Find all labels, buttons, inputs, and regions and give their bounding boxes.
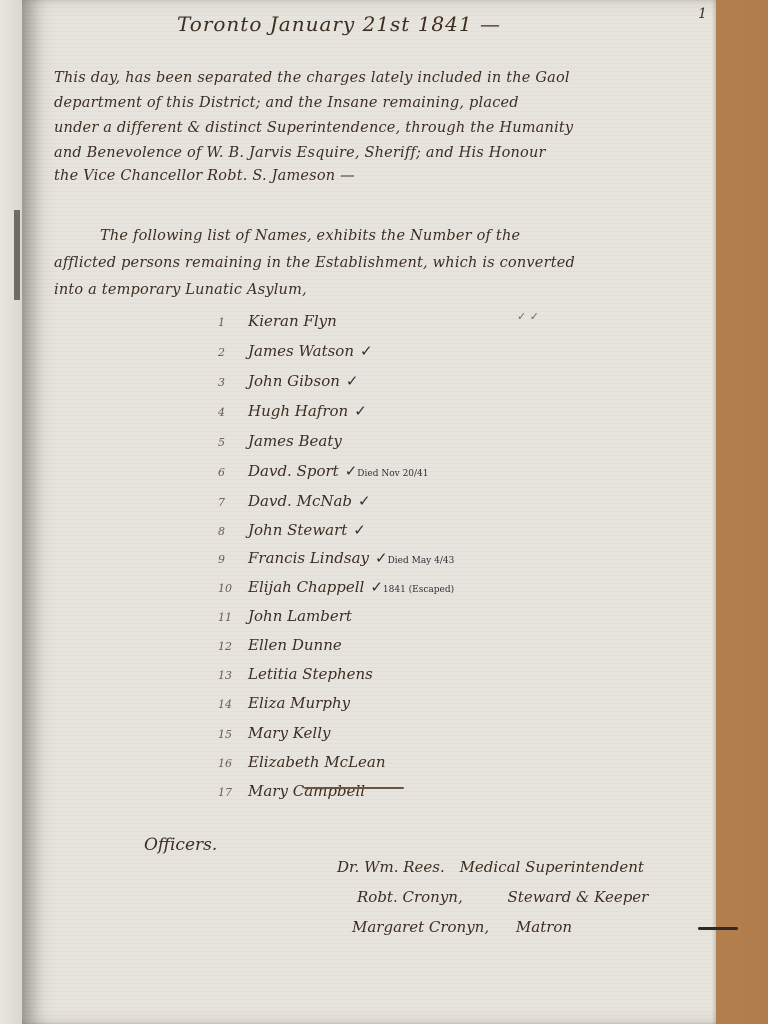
patient-name: James Beaty xyxy=(248,432,342,450)
officer-row: Robt. Cronyn, Steward & Keeper xyxy=(357,888,648,906)
patient-entry: 6Davd. Sport✓Died Nov 20/41 xyxy=(218,462,429,480)
officer-name: Dr. Wm. Rees. xyxy=(337,858,445,876)
check-mark-icon: ✓ xyxy=(346,372,359,390)
patient-entry: 5James Beaty xyxy=(218,432,348,450)
patient-number: 15 xyxy=(218,728,248,741)
officer-role: Matron xyxy=(516,918,572,936)
patient-number: 13 xyxy=(218,669,248,682)
check-mark-icon: ✓ xyxy=(354,402,367,420)
margin-check-marks: ✓ ✓ xyxy=(517,310,539,323)
patient-entry: 17Mary Campbell xyxy=(218,782,371,800)
closing-dash xyxy=(698,927,738,930)
patient-name: James Watson xyxy=(248,342,354,360)
officer-name: Margaret Cronyn, xyxy=(352,918,489,936)
patient-number: 14 xyxy=(218,698,248,711)
check-mark-icon: ✓ xyxy=(370,578,383,596)
patient-name: Davd. Sport xyxy=(248,462,339,480)
patient-number: 7 xyxy=(218,496,248,509)
patient-number: 2 xyxy=(218,346,248,359)
ledger-page: Toronto January 21st 1841 — 1 This day, … xyxy=(22,0,716,1024)
patient-number: 11 xyxy=(218,611,248,624)
patient-entry: 15Mary Kelly xyxy=(218,724,336,742)
patient-entry: 10Elijah Chappell✓1841 (Escaped) xyxy=(218,578,454,596)
page-number: 1 xyxy=(698,6,707,22)
patient-name: John Stewart xyxy=(248,521,347,539)
patient-entry: 2James Watson✓ xyxy=(218,342,373,360)
officer-name: Robt. Cronyn, xyxy=(357,888,463,906)
check-mark-icon: ✓ xyxy=(358,492,371,510)
patient-entry: 4Hugh Hafron✓ xyxy=(218,402,367,420)
patient-entry: 7Davd. McNab✓ xyxy=(218,492,371,510)
check-mark-icon: ✓ xyxy=(360,342,373,360)
officers-label: Officers. xyxy=(144,835,217,855)
officer-row: Margaret Cronyn, Matron xyxy=(352,918,572,936)
patient-number: 8 xyxy=(218,525,248,538)
patient-note: Died Nov 20/41 xyxy=(357,469,428,479)
patient-number: 17 xyxy=(218,786,248,799)
patient-name: Elijah Chappell xyxy=(248,578,364,596)
patient-number: 10 xyxy=(218,582,248,595)
patient-name: Hugh Hafron xyxy=(248,402,348,420)
patient-entry: 16Elizabeth McLean xyxy=(218,753,392,771)
patient-number: 3 xyxy=(218,376,248,389)
paragraph1-line: This day, has been separated the charges… xyxy=(54,70,570,86)
officer-role: Steward & Keeper xyxy=(508,888,649,906)
paragraph2-line: The following list of Names, exhibits th… xyxy=(100,228,520,244)
patient-entry: 1Kieran Flyn xyxy=(218,312,343,330)
paragraph1-line: and Benevolence of W. B. Jarvis Esquire,… xyxy=(54,145,546,161)
patient-name: Letitia Stephens xyxy=(248,665,373,683)
binding-strip xyxy=(14,210,20,300)
check-mark-icon: ✓ xyxy=(375,549,388,567)
patient-number: 6 xyxy=(218,466,248,479)
patient-note: 1841 (Escaped) xyxy=(383,585,454,595)
patient-entry: 12Ellen Dunne xyxy=(218,636,348,654)
patient-name: John Gibson xyxy=(248,372,340,390)
officer-role: Medical Superintendent xyxy=(460,858,644,876)
paragraph2-line: afflicted persons remaining in the Estab… xyxy=(54,255,575,271)
check-mark-icon: ✓ xyxy=(345,462,358,480)
patient-number: 12 xyxy=(218,640,248,653)
patient-name: Kieran Flyn xyxy=(248,312,337,330)
paragraph2-line: into a temporary Lunatic Asylum, xyxy=(54,282,307,298)
patient-entry: 11John Lambert xyxy=(218,607,358,625)
patient-number: 16 xyxy=(218,757,248,770)
patient-entry: 3John Gibson✓ xyxy=(218,372,358,390)
patient-name: Elizabeth McLean xyxy=(248,753,386,771)
patient-name: Eliza Murphy xyxy=(248,694,350,712)
patient-entry: 8John Stewart✓ xyxy=(218,521,366,539)
paragraph1-line: the Vice Chancellor Robt. S. Jameson — xyxy=(54,168,355,184)
patient-entry: 9Francis Lindsay✓Died May 4/43 xyxy=(218,549,454,567)
patient-number: 4 xyxy=(218,406,248,419)
patient-name: John Lambert xyxy=(248,607,352,625)
patient-number: 5 xyxy=(218,436,248,449)
patient-number: 9 xyxy=(218,553,248,566)
patient-number: 1 xyxy=(218,316,248,329)
patient-name: Mary Kelly xyxy=(248,724,330,742)
paragraph1-line: department of this District; and the Ins… xyxy=(54,95,519,111)
list-end-rule xyxy=(304,787,404,789)
patient-name: Mary Campbell xyxy=(248,782,365,800)
paragraph1-line: under a different & distinct Superintend… xyxy=(54,120,573,136)
patient-note: Died May 4/43 xyxy=(388,556,455,566)
patient-name: Ellen Dunne xyxy=(248,636,342,654)
patient-name: Francis Lindsay xyxy=(248,549,369,567)
officer-row: Dr. Wm. Rees. Medical Superintendent xyxy=(337,858,644,876)
check-mark-icon: ✓ xyxy=(353,521,366,539)
patient-name: Davd. McNab xyxy=(248,492,352,510)
page-heading: Toronto January 21st 1841 — xyxy=(177,12,501,36)
patient-entry: 14Eliza Murphy xyxy=(218,694,356,712)
patient-entry: 13Letitia Stephens xyxy=(218,665,379,683)
